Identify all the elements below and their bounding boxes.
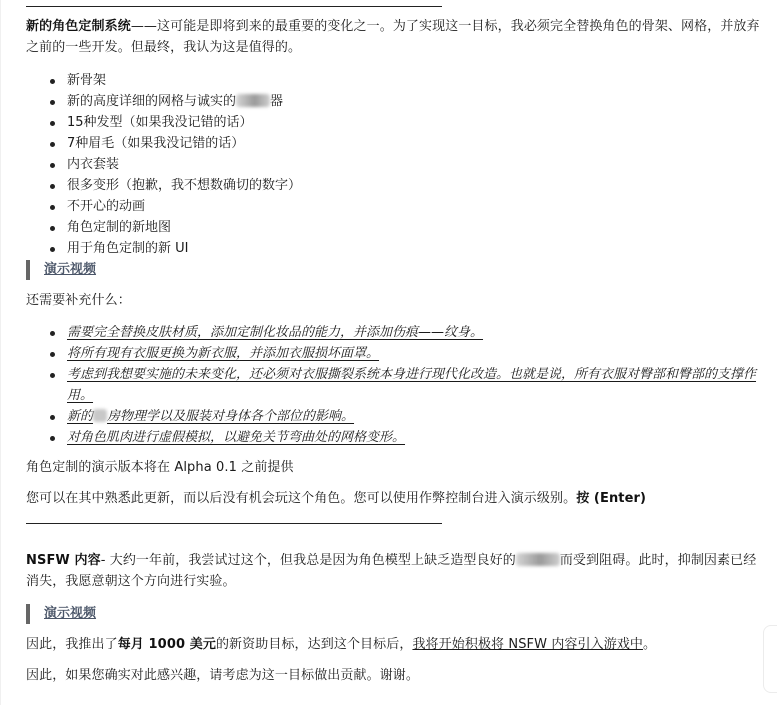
goal-amount: 每月 1000 美元 [118,637,216,652]
feature-list: 新骨架 新的高度详细的网格与诚实的器 15种发型（如果我没记错的话） 7种眉毛（… [48,70,301,259]
list-item: 新骨架 [48,70,301,91]
section-heading: NSFW 内容 [26,553,101,568]
todo-question: 还需要补充什么： [26,290,769,311]
list-item: 不开心的动画 [48,196,301,217]
blurred-text [516,553,560,566]
list-item: 将所有现有衣服更换为新衣服，并添加衣服损坏面罩。 [48,343,767,364]
todo-list: 需要完全替换皮肤材质，添加定制化妆品的能力，并添加伤痕——纹身。 将所有现有衣服… [48,322,767,448]
console-instructions: 您可以在其中熟悉此更新，而以后没有机会玩这个角色。您可以使用作弊控制台进入演示级… [26,488,769,509]
article-page: 新的角色定制系统——这可能是即将到来的最重要的变化之一。为了实现这一目标，我必须… [0,0,777,705]
demo-availability: 角色定制的演示版本将在 Alpha 0.1 之前提供 [26,457,769,478]
demo-video-quote: 演示视频 [26,260,96,280]
nsfw-paragraph: NSFW 内容- 大约一年前，我尝试过这个，但我总是因为角色模型上缺乏造型良好的… [26,550,769,592]
list-item: 新的高度详细的网格与诚实的器 [48,91,301,112]
horizontal-rule [26,6,442,7]
closing-paragraph: 因此，如果您确实对此感兴趣，请考虑为这一目标做出贡献。谢谢。 [26,665,769,686]
list-item: 对角色肌肉进行虚假模拟，以避免关节弯曲处的网格变形。 [48,427,767,448]
list-item: 15种发型（如果我没记错的话） [48,112,301,133]
list-item: 内衣套装 [48,154,301,175]
demo-video-link[interactable]: 演示视频 [44,262,96,277]
list-item: 角色定制的新地图 [48,217,301,238]
demo-video-quote: 演示视频 [26,604,96,624]
blurred-text [236,94,270,107]
list-item: 用于角色定制的新 UI [48,238,301,259]
blurred-text [93,409,107,422]
demo-video-link[interactable]: 演示视频 [44,606,96,621]
section-heading: 新的角色定制系统 [26,19,131,34]
intro-paragraph: 新的角色定制系统——这可能是即将到来的最重要的变化之一。为了实现这一目标，我必须… [26,16,769,58]
enter-key-hint: 按 (Enter) [576,491,646,506]
list-item: 新的房物理学以及服装对身体各个部位的影响。 [48,406,767,427]
list-item: 7种眉毛（如果我没记错的话） [48,133,301,154]
horizontal-rule [26,523,442,524]
funding-goal-paragraph: 因此，我推出了每月 1000 美元的新资助目标，达到这个目标后，我将开始积极将 … [26,634,769,655]
list-item: 需要完全替换皮肤材质，添加定制化妆品的能力，并添加伤痕——纹身。 [48,322,767,343]
nsfw-goal-link[interactable]: 我将开始积极将 NSFW 内容引入游戏中 [412,637,643,652]
side-panel-tab[interactable] [763,625,777,693]
list-item: 考虑到我想要实施的未来变化，还必须对衣服撕裂系统本身进行现代化改造。也就是说，所… [48,364,767,406]
list-item: 很多变形（抱歉，我不想数确切的数字） [48,175,301,196]
